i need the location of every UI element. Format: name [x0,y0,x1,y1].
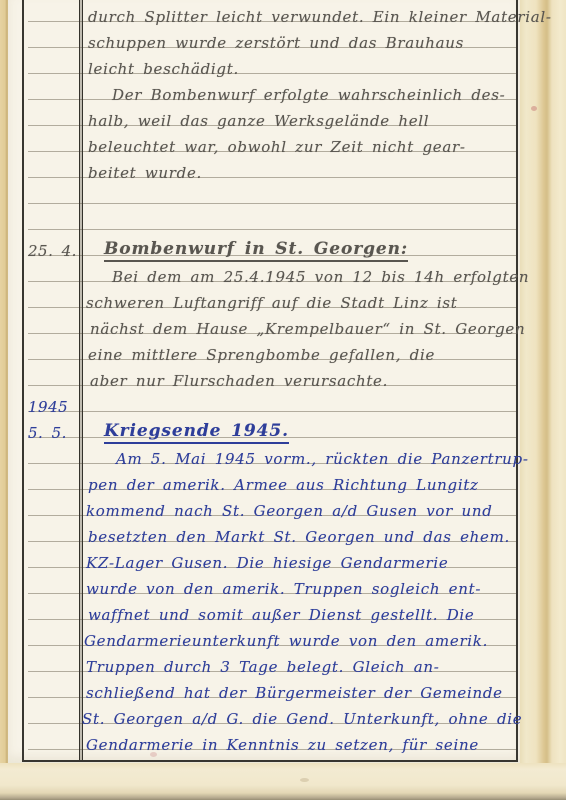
book-edge-left [0,0,8,763]
handwriting-line: Gendarmerie in Kenntnis zu setzen, für s… [86,734,479,756]
entry-heading-text: Bombenwurf in St. Georgen: [104,239,408,262]
margin-date: 25. 4. [28,240,78,262]
handwriting-line: Der Bombenwurf erfolgte wahrscheinlich d… [112,84,505,106]
entry-heading: Kriegsende 1945. [104,420,289,442]
handwriting-line: waffnet und somit außer Dienst gestellt.… [88,604,475,626]
frame-line-left [22,0,24,762]
handwriting-line: beleuchtet war, obwohl zur Zeit nicht ge… [88,136,466,158]
frame-line-bottom [22,760,518,762]
margin-year: 1945 [28,396,78,418]
handwriting-line: Gendarmerieunterkunft wurde von den amer… [84,630,488,652]
margin-date: 5. 5. [28,422,78,444]
handwriting-line: Truppen durch 3 Tage belegt. Gleich an- [86,656,440,678]
handwriting-line: KZ-Lager Gusen. Die hiesige Gendarmerie [86,552,448,574]
handwriting-line: Am 5. Mai 1945 vorm., rückten die Panzer… [116,448,529,470]
handwriting-line: besetzten den Markt St. Georgen und das … [88,526,510,548]
paper-stain [150,752,157,757]
entry-heading-text: Kriegsende 1945. [104,421,289,444]
handwriting-line: St. Georgen a/d G. die Gend. Unterkunft,… [82,708,522,730]
entry-heading: Bombenwurf in St. Georgen: [104,238,408,260]
handwriting-line: nächst dem Hause „Krempelbauer“ in St. G… [90,318,525,340]
paper-stain [531,106,537,111]
handwriting-line: schließend hat der Bürgermeister der Gem… [86,682,503,704]
paper-stain [300,778,309,782]
handwriting-line: aber nur Flurschaden verursachte. [90,370,388,392]
book-page-edges-right [520,0,566,800]
handwriting-line: kommend nach St. Georgen a/d Gusen vor u… [86,500,493,522]
chronicle-page-photo: durch Splitter leicht verwundet. Ein kle… [0,0,566,800]
handwriting-line: halb, weil das ganze Werksgelände hell [88,110,429,132]
handwriting-line: beitet wurde. [88,162,202,184]
handwriting-line: Bei dem am 25.4.1945 von 12 bis 14h erfo… [112,266,529,288]
frame-line-right [516,0,518,762]
handwriting-line: durch Splitter leicht verwundet. Ein kle… [88,6,552,28]
book-page-edges-bottom [0,763,566,800]
margin-rule-line [79,0,83,762]
handwriting-line: leicht beschädigt. [88,58,239,80]
handwriting-line: schuppen wurde zerstört und das Brauhaus [88,32,464,54]
handwriting-line: wurde von den amerik. Truppen sogleich e… [86,578,481,600]
handwriting-line: pen der amerik. Armee aus Richtung Lungi… [88,474,479,496]
handwriting-line: eine mittlere Sprengbombe gefallen, die [88,344,435,366]
handwriting-line: schweren Luftangriff auf die Stadt Linz … [86,292,458,314]
